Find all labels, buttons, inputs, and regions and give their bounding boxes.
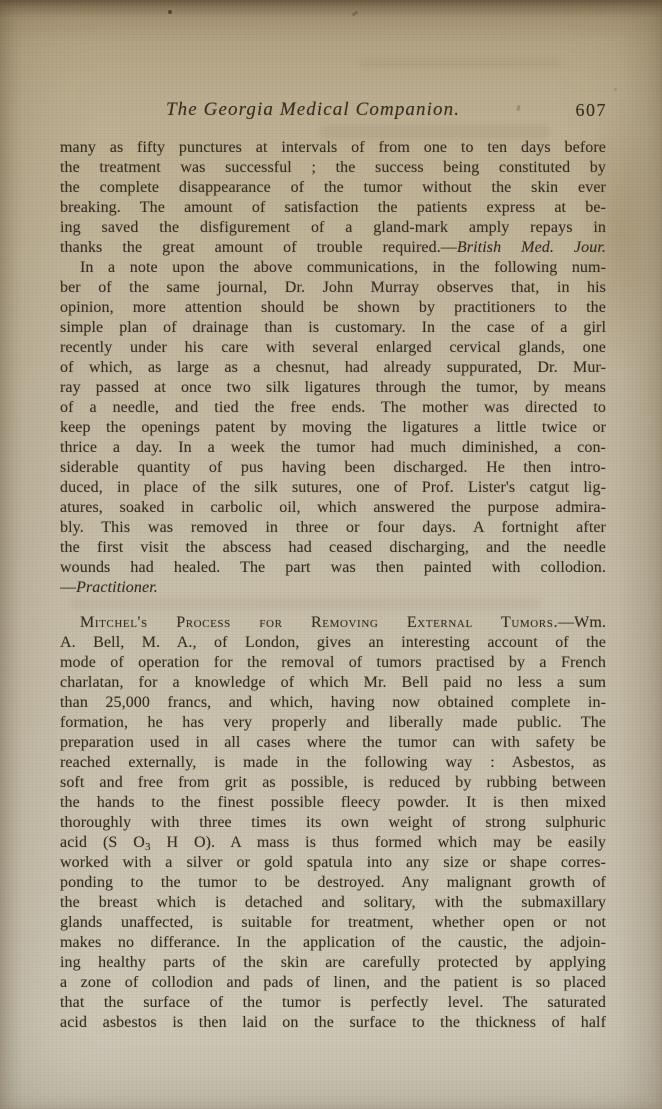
text-segment: —Wm.: [558, 614, 606, 631]
text-segment: mode of operation for the removal of tum…: [60, 654, 606, 671]
text-segment: that the surface of the tumor is perfect…: [60, 994, 606, 1011]
text-line: soft and free from grit as possible, is …: [60, 773, 606, 793]
text-line: makes no differance. In the application …: [60, 933, 606, 953]
paragraph-2: In a note upon the above communications,…: [60, 258, 606, 598]
text-segment: opinion, more attention should be shown …: [60, 299, 606, 316]
text-line: duced, in place of the silk sutures, one…: [60, 478, 606, 498]
text-line: wounds had healed. The part was then pai…: [60, 558, 606, 578]
text-line: recently under his care with several enl…: [60, 338, 606, 358]
text-segment: A. Bell, M. A., of London, gives an inte…: [60, 634, 606, 651]
text-segment: atures, soaked in carbolic oil, which an…: [60, 499, 606, 516]
text-line: ray passed at once two silk ligatures th…: [60, 378, 606, 398]
text-line: the breast which is detached and solitar…: [60, 893, 606, 913]
text-segment: thanks the great amount of trouble requi…: [60, 239, 457, 256]
text-segment: bly. This was removed in three or four d…: [60, 519, 606, 536]
text-segment: charlatan, for a knowledge of which Mr. …: [60, 674, 606, 691]
text-line: siderable quantity of pus having been di…: [60, 458, 606, 478]
text-line: simple plan of drainage than is customar…: [60, 318, 606, 338]
text-line: breaking. The amount of satisfaction the…: [60, 198, 606, 218]
text-line: thrice a day. In a week the tumor had mu…: [60, 438, 606, 458]
text-line: the treatment was successful ; the succe…: [60, 158, 606, 178]
text-line: ponding to the tumor to be destroyed. An…: [60, 873, 606, 893]
text-line: preparation used in all cases where the …: [60, 733, 606, 753]
text-segment: the hands to the finest possible fleecy …: [60, 794, 606, 811]
text-line: ber of the same journal, Dr. John Murray…: [60, 278, 606, 298]
text-line: thanks the great amount of trouble requi…: [60, 238, 606, 258]
text-line: reached externally, is made in the follo…: [60, 753, 606, 773]
text-line: —Practitioner.: [60, 578, 606, 598]
text-segment: the first visit the abscess had ceased d…: [60, 539, 606, 556]
text-segment: ray passed at once two silk ligatures th…: [60, 379, 606, 396]
text-segment: acid asbestos is then laid on the surfac…: [60, 1014, 606, 1031]
page-body: many as fifty punctures at intervals of …: [60, 138, 606, 1033]
text-line: atures, soaked in carbolic oil, which an…: [60, 498, 606, 518]
text-line: A. Bell, M. A., of London, gives an inte…: [60, 633, 606, 653]
text-segment: ing healthy parts of the skin are carefu…: [60, 954, 606, 971]
text-line: than 25,000 francs, and which, having no…: [60, 693, 606, 713]
text-line: acid asbestos is then laid on the surfac…: [60, 1013, 606, 1033]
text-line: formation, he has very properly and libe…: [60, 713, 606, 733]
text-segment: the breast which is detached and solitar…: [60, 894, 606, 911]
scanned-book-page: The Georgia Medical Companion. 607 many …: [0, 0, 662, 1109]
text-line: charlatan, for a knowledge of which Mr. …: [60, 673, 606, 693]
text-segment: In a note upon the above communications,…: [80, 259, 606, 276]
text-line: thoroughly with three times its own weig…: [60, 813, 606, 833]
text-segment: recently under his care with several enl…: [60, 339, 606, 356]
text-segment: preparation used in all cases where the …: [60, 734, 606, 751]
text-segment: acid (S O: [60, 834, 145, 851]
text-segment: thoroughly with three times its own weig…: [60, 814, 606, 831]
text-segment: thrice a day. In a week the tumor had mu…: [60, 439, 606, 456]
text-segment: the treatment was successful ; the succe…: [60, 159, 606, 176]
text-line: ing healthy parts of the skin are carefu…: [60, 953, 606, 973]
text-segment: breaking. The amount of satisfaction the…: [60, 199, 606, 216]
text-line: mode of operation for the removal of tum…: [60, 653, 606, 673]
paragraph-1: many as fifty punctures at intervals of …: [60, 138, 606, 258]
text-segment: simple plan of drainage than is customar…: [60, 319, 606, 336]
page-number: 607: [576, 100, 608, 121]
text-segment: siderable quantity of pus having been di…: [60, 459, 606, 476]
text-segment: makes no differance. In the application …: [60, 934, 606, 951]
text-line: glands unaffected, is suitable for treat…: [60, 913, 606, 933]
text-segment: of which, as large as a chesnut, had alr…: [60, 359, 606, 376]
text-segment: —: [60, 579, 76, 596]
text-line: of which, as large as a chesnut, had alr…: [60, 358, 606, 378]
text-line: the complete disappearance of the tumor …: [60, 178, 606, 198]
text-segment: than 25,000 francs, and which, having no…: [60, 694, 606, 711]
text-segment: Practitioner.: [76, 579, 158, 596]
text-line: that the surface of the tumor is perfect…: [60, 993, 606, 1013]
text-line: acid (S O3 H O). A mass is thus formed w…: [60, 833, 606, 853]
text-segment: reached externally, is made in the follo…: [60, 754, 606, 771]
text-segment: glands unaffected, is suitable for treat…: [60, 914, 606, 931]
text-line: worked with a silver or gold spatula int…: [60, 853, 606, 873]
text-segment: soft and free from grit as possible, is …: [60, 774, 606, 791]
text-segment: the complete disappearance of the tumor …: [60, 179, 606, 196]
text-line: opinion, more attention should be shown …: [60, 298, 606, 318]
text-line: bly. This was removed in three or four d…: [60, 518, 606, 538]
text-segment: a zone of collodion and pads of linen, a…: [60, 974, 606, 991]
text-line: keep the openings patent by moving the l…: [60, 418, 606, 438]
text-segment: duced, in place of the silk sutures, one…: [60, 479, 606, 496]
text-line: In a note upon the above communications,…: [60, 258, 606, 278]
text-line: many as fifty punctures at intervals of …: [60, 138, 606, 158]
text-segment: wounds had healed. The part was then pai…: [60, 559, 606, 576]
text-line: a zone of collodion and pads of linen, a…: [60, 973, 606, 993]
text-segment: British Med. Jour.: [457, 239, 606, 256]
text-line: ing saved the disfigurement of a gland-m…: [60, 218, 606, 238]
text-segment: of a needle, and tied the free ends. The…: [60, 399, 606, 416]
text-segment: keep the openings patent by moving the l…: [60, 419, 606, 436]
text-segment: H O). A mass is thus formed which may be…: [151, 834, 606, 851]
text-line: the first visit the abscess had ceased d…: [60, 538, 606, 558]
section-heading-line: Mitchel's Process for Removing External …: [60, 613, 606, 633]
text-segment: formation, he has very properly and libe…: [60, 714, 606, 731]
text-segment: ponding to the tumor to be destroyed. An…: [60, 874, 606, 891]
text-segment: ing saved the disfigurement of a gland-m…: [60, 219, 606, 236]
text-line: the hands to the finest possible fleecy …: [60, 793, 606, 813]
page-title: The Georgia Medical Companion.: [166, 99, 460, 121]
text-segment: Mitchel's Process for Removing External …: [80, 614, 558, 631]
text-segment: worked with a silver or gold spatula int…: [60, 854, 606, 871]
text-segment: ber of the same journal, Dr. John Murray…: [60, 279, 606, 296]
page-header: The Georgia Medical Companion. 607: [0, 0, 662, 135]
text-segment: many as fifty punctures at intervals of …: [60, 139, 606, 156]
text-line: of a needle, and tied the free ends. The…: [60, 398, 606, 418]
paragraph-3: Mitchel's Process for Removing External …: [60, 613, 606, 1033]
